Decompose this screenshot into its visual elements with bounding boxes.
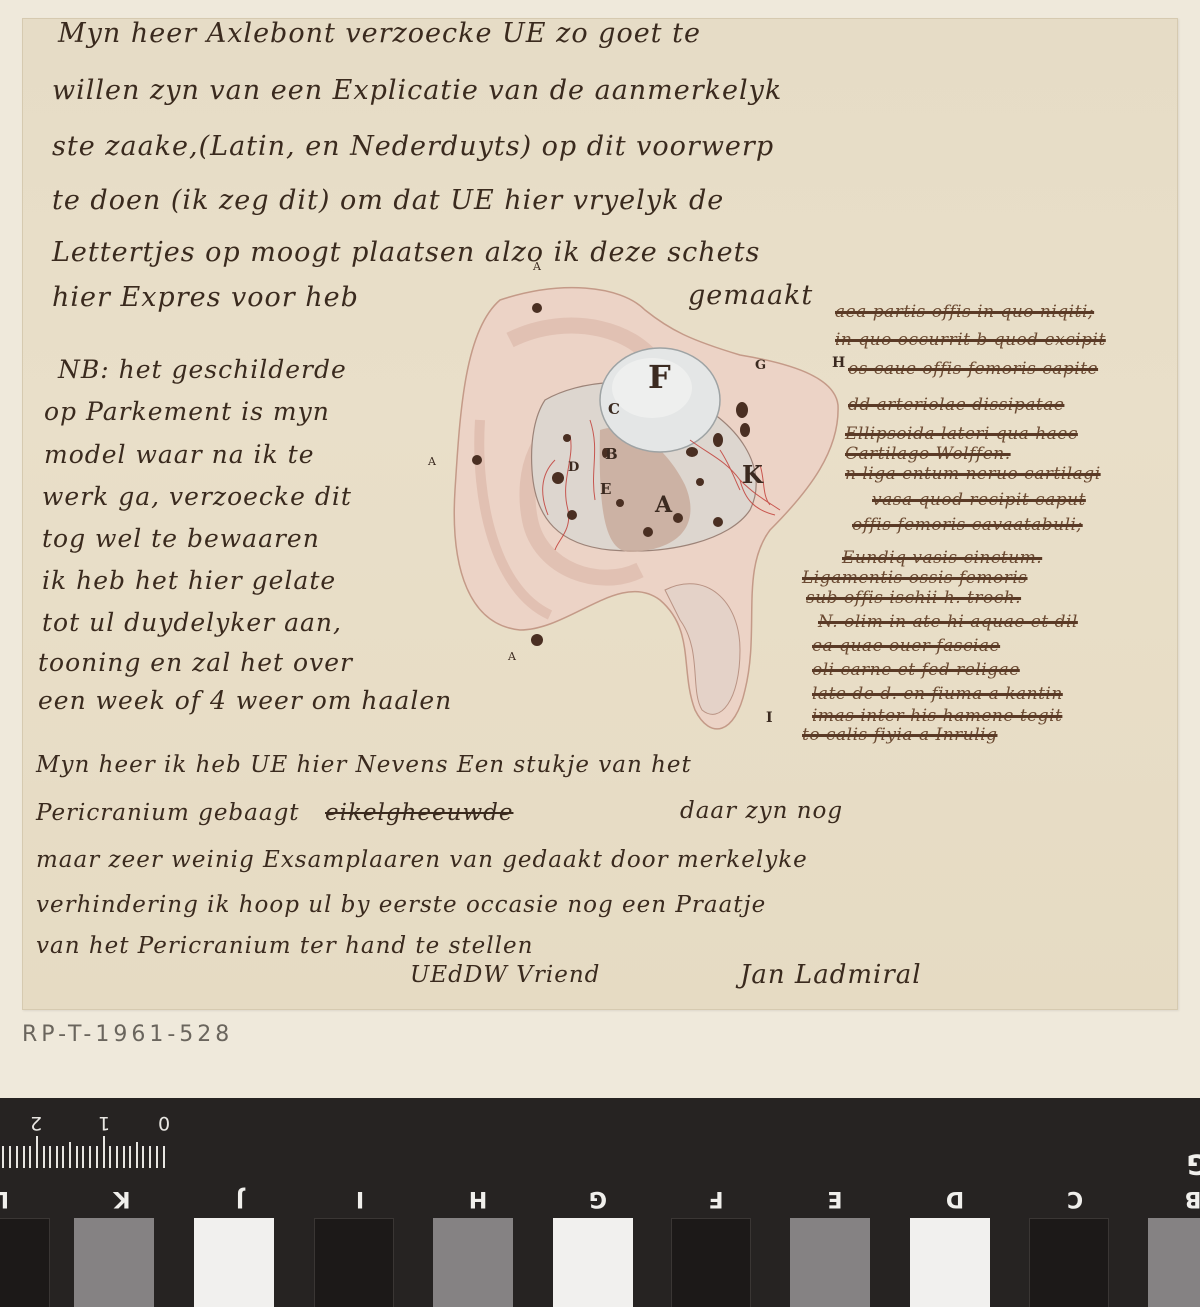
patch-b-gray <box>1148 1218 1200 1307</box>
crossed-latin-line-11: Ligamentis ossis femoris <box>802 568 1028 588</box>
crossed-latin-line-13: N. olim in ate hi aquae et dil <box>818 612 1078 632</box>
patch-letter-e: E <box>815 1186 855 1211</box>
crossed-latin-line-6: Cartilago Wolffen. <box>845 444 1011 464</box>
catalog-number: RP-T-1961-528 <box>22 1022 233 1047</box>
nb-line-2: op Parkement is myn <box>44 397 330 426</box>
patch-letter-g: G <box>578 1186 618 1211</box>
nb-line-9: een week of 4 weer om haalen <box>38 686 452 715</box>
patch-letter-b: B <box>1173 1186 1200 1211</box>
crossed-latin-line-15: oli carne et fed religae <box>812 660 1020 680</box>
crossed-latin-line-1: aea partis offis in quo niqiti; <box>835 302 1094 322</box>
patch-h-gray <box>433 1218 513 1307</box>
crossed-latin-line-14: ea quae ouer fasciae <box>812 636 1000 656</box>
nb-line-7: tot ul duydelyker aan, <box>42 608 342 637</box>
signature-name: Jan Ladmiral <box>740 960 922 990</box>
patch-f-black <box>671 1218 751 1307</box>
closing-line-4: verhindering ik hoop ul by eerste occasi… <box>36 892 766 918</box>
patch-e-gray <box>790 1218 870 1307</box>
crossed-latin-line-10: Eundiq vasis cinctum. <box>842 548 1042 568</box>
nb-line-3: model waar na ik te <box>44 440 315 469</box>
ruler-number-2: 2 <box>30 1112 42 1134</box>
drawing-label-d: D <box>568 460 579 475</box>
patch-letter-f: F <box>696 1186 736 1211</box>
letter-line-3: ste zaake,(Latin, en Nederduyts) op dit … <box>52 131 774 162</box>
letter-line-2: willen zyn van een Explicatie van de aan… <box>52 75 782 106</box>
crossed-latin-line-4: dd arteriolae dissipatae <box>848 395 1064 415</box>
patch-g-white <box>553 1218 633 1307</box>
letter-line-1: Myn heer Axlebont verzoecke UE zo goet t… <box>58 18 701 49</box>
patch-l-black <box>0 1218 50 1307</box>
nb-line-4: werk ga, verzoecke dit <box>42 482 352 511</box>
nb-line-8: tooning en zal het over <box>38 648 353 677</box>
closing-line-3: maar zeer weinig Exsamplaaren van gedaak… <box>36 847 808 873</box>
patch-letter-h: H <box>458 1186 498 1211</box>
ruler-number-0: 0 <box>158 1112 170 1134</box>
patch-letter-l: L <box>0 1186 22 1211</box>
closing-line-1: Myn heer ik heb UE hier Nevens Een stukj… <box>36 752 692 778</box>
crossed-latin-line-12: sub offis ischii h. troch. <box>806 588 1021 608</box>
crossed-latin-line-3: os caue offis femoris capite <box>848 359 1098 379</box>
drawing-label-g: G <box>755 358 766 373</box>
patch-letter-i: I <box>340 1186 380 1211</box>
drawing-label-b: B <box>605 445 618 463</box>
edge-glyph: G <box>1178 1148 1200 1181</box>
drawing-corner-label-a3: A <box>508 650 516 663</box>
nb-line-6: ik heb het hier gelate <box>42 566 336 595</box>
drawing-label-k: K <box>742 460 763 489</box>
letter-line-4: te doen (ik zeg dit) om dat UE hier vrye… <box>52 185 724 216</box>
anatomical-ear-drawing: F A B C D E G H I K A A A <box>440 270 840 750</box>
drawing-label-f: F <box>648 358 671 396</box>
closing-line-5: van het Pericranium ter hand te stellen <box>36 933 533 959</box>
nb-line-1: NB: het geschilderde <box>58 355 347 384</box>
crossed-latin-line-9: offis femoris cavaatabuli; <box>852 515 1083 535</box>
ruler-scale-icon <box>0 1098 170 1168</box>
crossed-latin-line-7: n liga entum neruo cartilagi <box>845 464 1101 484</box>
letter-line-5: Lettertjes op moogt plaatsen alzo ik dez… <box>52 237 760 268</box>
patch-letter-d: D <box>935 1186 975 1211</box>
color-calibration-strip: 2 1 0 L K J I H G F E D C B G <box>0 1098 1200 1307</box>
crossed-latin-line-17: imas inter his hamene tegit <box>812 706 1062 726</box>
drawing-label-h: H <box>832 355 845 371</box>
crossed-latin-line-8: vasa quod recipit caput <box>872 490 1086 510</box>
crossed-latin-line-2: in quo occurrit b quod excipit <box>835 330 1106 350</box>
crossed-latin-line-18: to calis fiyia a Inrulig <box>802 725 997 745</box>
drawing-label-e: E <box>600 480 611 498</box>
drawing-label-i: I <box>766 710 773 726</box>
signature-salutation: UEdDW Vriend <box>410 962 600 988</box>
drawing-corner-label-a2: A <box>428 455 436 468</box>
closing-line-2b: daar zyn nog <box>680 798 843 824</box>
patch-k-gray <box>74 1218 154 1307</box>
patch-d-white <box>910 1218 990 1307</box>
patch-c-black <box>1029 1218 1109 1307</box>
drawing-corner-label-a: A <box>533 260 541 273</box>
letter-line-6: hier Expres voor heb <box>52 282 359 313</box>
patch-letter-c: C <box>1055 1186 1095 1211</box>
patch-j-white <box>194 1218 274 1307</box>
drawing-label-a: A <box>655 492 672 518</box>
patch-letter-k: K <box>102 1186 142 1211</box>
ruler-number-1: 1 <box>98 1112 110 1134</box>
closing-line-2: Pericranium gebaagt <box>36 800 300 826</box>
ear-illustration-icon <box>440 270 840 750</box>
nb-line-5: tog wel te bewaaren <box>42 524 320 553</box>
drawing-label-c: C <box>608 400 620 418</box>
patch-letter-j: J <box>220 1186 260 1211</box>
crossed-latin-line-16: late de d. en fiuma a kantin <box>812 684 1063 704</box>
crossed-word: eikelgheeuwde <box>325 800 513 826</box>
patch-i-black <box>314 1218 394 1307</box>
crossed-latin-line-5: Ellipsoida lateri qua haec <box>845 424 1078 444</box>
